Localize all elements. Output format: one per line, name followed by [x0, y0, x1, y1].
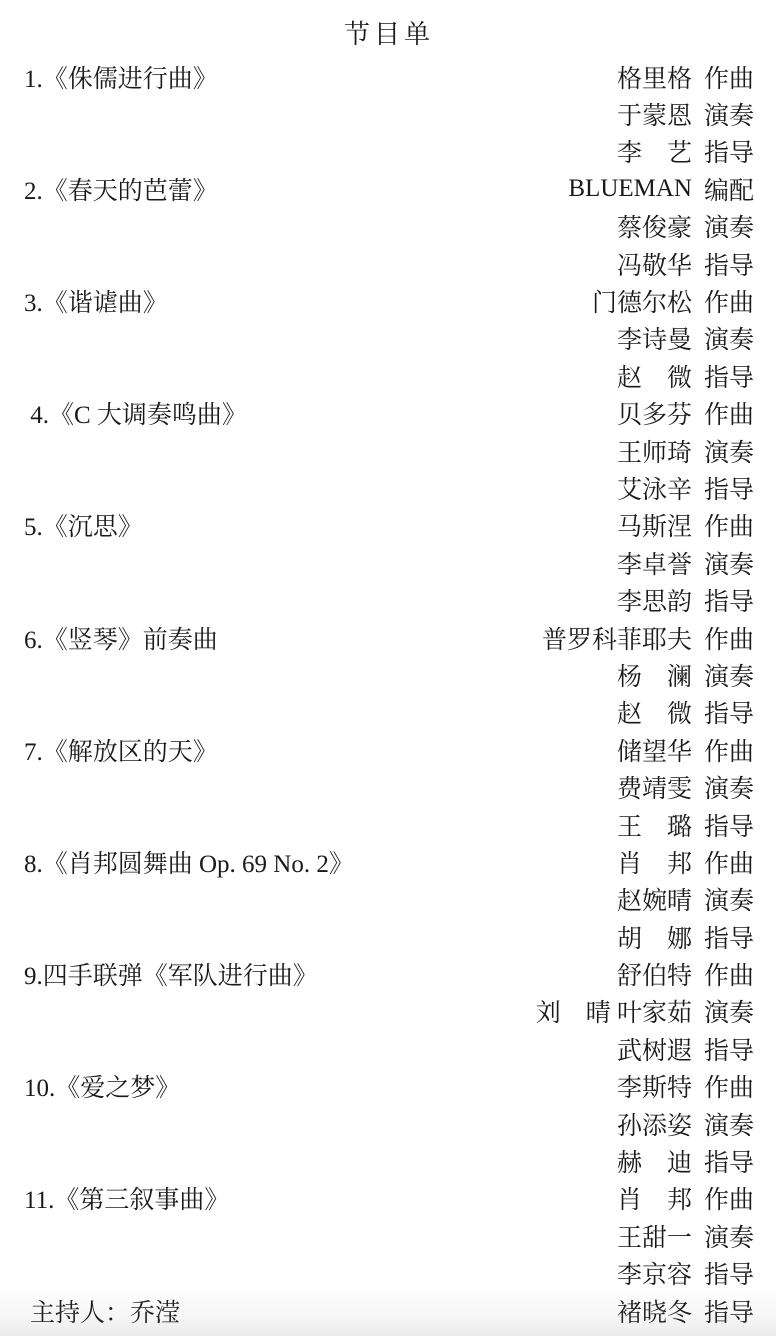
program-item: 8.《肖邦圆舞曲 Op. 69 No. 2》 肖 邦作曲 赵婉晴演奏 胡 娜指导 — [24, 843, 754, 955]
piece-title: 《爱之梦》 — [55, 1075, 180, 1102]
credit-role: 作曲 — [704, 59, 754, 95]
credit-line: 肖 邦作曲 — [617, 1180, 754, 1216]
credit-role: 指导 — [704, 1143, 754, 1179]
credit-name: 冯敬华 — [617, 246, 692, 282]
credit-line: 杨 澜演奏 — [24, 656, 754, 693]
credit-name: 艾泳辛 — [617, 470, 692, 506]
credit-line: 李 艺指导 — [24, 133, 754, 170]
credit-line: 储望华作曲 — [617, 732, 754, 768]
credit-name: 杨 澜 — [617, 657, 692, 693]
item-title-line: 1.《侏儒进行曲》 格里格作曲 — [24, 58, 754, 95]
credit-line: 胡 娜指导 — [24, 918, 754, 955]
credit-line: 李思韵指导 — [24, 581, 754, 618]
credit-role: 演奏 — [704, 993, 754, 1029]
credit-line: 赵 微指导 — [24, 694, 754, 731]
credit-line: 门德尔松作曲 — [592, 283, 754, 319]
credit-name: 赵 微 — [617, 358, 692, 394]
credit-name: 肖 邦 — [617, 844, 692, 880]
piece-title: 《第三叙事曲》 — [54, 1187, 229, 1214]
credit-name: 普罗科菲耶夫 — [542, 620, 692, 656]
credit-line: 李卓誉演奏 — [24, 544, 754, 581]
credit-name: 胡 娜 — [617, 919, 692, 955]
credit-line: 王 璐指导 — [24, 806, 754, 843]
credit-name: 王甜一 — [617, 1218, 692, 1254]
credit-name: 贝多芬 — [617, 395, 692, 431]
piece-title: 《春天的芭蕾》 — [43, 178, 218, 205]
credit-role: 指导 — [704, 358, 754, 394]
item-number: 11. — [24, 1187, 54, 1214]
credit-line: 舒伯特作曲 — [617, 956, 754, 992]
credit-role: 作曲 — [704, 732, 754, 768]
host-info: 主持人：乔滢 — [30, 1293, 180, 1329]
credit-role: 指导 — [704, 470, 754, 506]
credit-role: 演奏 — [704, 208, 754, 244]
program-page: 节目单 1.《侏儒进行曲》 格里格作曲 于蒙恩演奏 李 艺指导 2.《春天的芭蕾… — [0, 0, 776, 1336]
credit-role: 指导 — [704, 1031, 754, 1067]
credit-name: 蔡俊豪 — [617, 208, 692, 244]
credit-role: 演奏 — [704, 657, 754, 693]
credit-line: 李斯特作曲 — [617, 1068, 754, 1104]
program-item: 6.《竖琴》前奏曲 普罗科菲耶夫作曲 杨 澜演奏 赵 微指导 — [24, 619, 754, 731]
item-number: 3. — [24, 290, 43, 317]
item-title-line: 8.《肖邦圆舞曲 Op. 69 No. 2》 肖 邦作曲 — [24, 843, 754, 880]
item-title-line: 5.《沉思》 马斯涅作曲 — [24, 507, 754, 544]
credit-line: BLUEMAN编配 — [568, 171, 754, 207]
credit-role: 演奏 — [704, 320, 754, 356]
credit-name: 刘 晴 叶家茹 — [536, 993, 692, 1029]
credit-line: 冯敬华指导 — [24, 245, 754, 282]
program-item: 11.《第三叙事曲》 肖 邦作曲 王甜一演奏 李京容指导 — [24, 1180, 754, 1292]
credit-line: 刘 晴 叶家茹演奏 — [24, 993, 754, 1030]
credit-role: 演奏 — [704, 769, 754, 805]
item-title-line: 9.四手联弹《军队进行曲》 舒伯特作曲 — [24, 955, 754, 992]
credit-role: 作曲 — [704, 395, 754, 431]
credit-name: 格里格 — [617, 59, 692, 95]
credit-name: 王师琦 — [617, 433, 692, 469]
piece-title: 四手联弹《军队进行曲》 — [43, 963, 318, 990]
credit-name: 费靖雯 — [617, 769, 692, 805]
item-title-line: 10.《爱之梦》 李斯特作曲 — [24, 1068, 754, 1105]
piece-title: 《肖邦圆舞曲 Op. 69 No. 2》 — [43, 851, 354, 878]
credit-name: 赵婉晴 — [617, 881, 692, 917]
credit-name: 于蒙恩 — [617, 96, 692, 132]
credit-line: 肖 邦作曲 — [617, 844, 754, 880]
credit-line: 格里格作曲 — [617, 59, 754, 95]
host-name: 乔滢 — [130, 1300, 180, 1327]
credit-role: 作曲 — [704, 1180, 754, 1216]
item-number: 9. — [24, 963, 43, 990]
item-number: 8. — [24, 851, 43, 878]
credit-name: 门德尔松 — [592, 283, 692, 319]
piece-title: 《竖琴》前奏曲 — [43, 627, 218, 654]
item-title-line: 6.《竖琴》前奏曲 普罗科菲耶夫作曲 — [24, 619, 754, 656]
footer-line: 主持人：乔滢 褚晓冬指导 — [24, 1292, 754, 1330]
credit-line: 李京容指导 — [24, 1255, 754, 1292]
credit-line: 李诗曼演奏 — [24, 320, 754, 357]
credit-role: 演奏 — [704, 1106, 754, 1142]
credit-name: 肖 邦 — [617, 1180, 692, 1216]
credit-name: 孙添姿 — [617, 1106, 692, 1142]
credit-line: 武树遐指导 — [24, 1030, 754, 1067]
program-item: 3.《谐谑曲》 门德尔松作曲 李诗曼演奏 赵 微指导 — [24, 282, 754, 394]
credit-name: 褚晓冬 — [617, 1293, 692, 1329]
credit-role: 作曲 — [704, 283, 754, 319]
credit-role: 演奏 — [704, 881, 754, 917]
program-item: 4.《C 大调奏鸣曲》 贝多芬作曲 王师琦演奏 艾泳辛指导 — [24, 395, 754, 507]
credit-name: 舒伯特 — [617, 956, 692, 992]
credit-role: 作曲 — [704, 1068, 754, 1104]
credit-name: 李思韵 — [617, 582, 692, 618]
item-number: 2. — [24, 178, 43, 205]
piece-title: 《解放区的天》 — [43, 739, 218, 766]
credit-line: 蔡俊豪演奏 — [24, 208, 754, 245]
item-number: 10. — [24, 1075, 55, 1102]
program-item: 10.《爱之梦》 李斯特作曲 孙添姿演奏 赫 迪指导 — [24, 1068, 754, 1180]
credit-name: 王 璐 — [617, 807, 692, 843]
credit-role: 演奏 — [704, 433, 754, 469]
program-item: 9.四手联弹《军队进行曲》 舒伯特作曲 刘 晴 叶家茹演奏 武树遐指导 — [24, 955, 754, 1067]
item-number: 4. — [24, 402, 49, 429]
piece-title: 《谐谑曲》 — [43, 290, 168, 317]
credit-role: 指导 — [704, 582, 754, 618]
credit-role: 指导 — [704, 807, 754, 843]
credit-role: 作曲 — [704, 844, 754, 880]
credit-role: 指导 — [704, 694, 754, 730]
item-number: 6. — [24, 627, 43, 654]
credit-role: 演奏 — [704, 96, 754, 132]
credit-line: 贝多芬作曲 — [617, 395, 754, 431]
item-number: 1. — [24, 66, 43, 93]
program-item: 7.《解放区的天》 储望华作曲 费靖雯演奏 王 璐指导 — [24, 731, 754, 843]
credit-role: 演奏 — [704, 545, 754, 581]
credit-line: 赫 迪指导 — [24, 1142, 754, 1179]
credit-line: 王师琦演奏 — [24, 432, 754, 469]
credit-name: 李斯特 — [617, 1068, 692, 1104]
credit-name: 武树遐 — [617, 1031, 692, 1067]
credit-name: 储望华 — [617, 732, 692, 768]
credit-role: 作曲 — [704, 620, 754, 656]
credit-name: 李京容 — [617, 1255, 692, 1291]
host-label: 主持人： — [30, 1300, 130, 1327]
credit-line: 王甜一演奏 — [24, 1217, 754, 1254]
credit-line: 费靖雯演奏 — [24, 768, 754, 805]
credit-line: 马斯涅作曲 — [617, 507, 754, 543]
credit-name: 李诗曼 — [617, 320, 692, 356]
credit-name: 马斯涅 — [617, 507, 692, 543]
credit-role: 指导 — [704, 246, 754, 282]
credit-role: 指导 — [704, 1255, 754, 1291]
piece-title: 《C 大调奏鸣曲》 — [49, 402, 247, 429]
credit-role: 指导 — [704, 919, 754, 955]
page-title: 节目单 — [24, 12, 754, 58]
program-item: 5.《沉思》 马斯涅作曲 李卓誉演奏 李思韵指导 — [24, 507, 754, 619]
credit-role: 指导 — [704, 1293, 754, 1329]
item-title-line: 4.《C 大调奏鸣曲》 贝多芬作曲 — [24, 395, 754, 432]
program-item: 2.《春天的芭蕾》 BLUEMAN编配 蔡俊豪演奏 冯敬华指导 — [24, 170, 754, 282]
item-number: 7. — [24, 739, 43, 766]
piece-title: 《沉思》 — [43, 514, 143, 541]
credit-name: 赫 迪 — [617, 1143, 692, 1179]
item-number: 5. — [24, 514, 43, 541]
item-title-line: 11.《第三叙事曲》 肖 邦作曲 — [24, 1180, 754, 1217]
credit-line: 艾泳辛指导 — [24, 469, 754, 506]
credit-name: 李 艺 — [617, 133, 692, 169]
credit-role: 编配 — [704, 171, 754, 207]
credit-line: 普罗科菲耶夫作曲 — [542, 620, 754, 656]
item-title-line: 2.《春天的芭蕾》 BLUEMAN编配 — [24, 170, 754, 207]
credit-line: 赵婉晴演奏 — [24, 881, 754, 918]
credit-name: BLUEMAN — [568, 175, 692, 203]
credit-line: 孙添姿演奏 — [24, 1105, 754, 1142]
credit-role: 演奏 — [704, 1218, 754, 1254]
item-title-line: 7.《解放区的天》 储望华作曲 — [24, 731, 754, 768]
credit-line: 赵 微指导 — [24, 357, 754, 394]
program-item: 1.《侏儒进行曲》 格里格作曲 于蒙恩演奏 李 艺指导 — [24, 58, 754, 170]
piece-title: 《侏儒进行曲》 — [43, 66, 218, 93]
credit-role: 作曲 — [704, 956, 754, 992]
credit-name: 赵 微 — [617, 694, 692, 730]
credit-role: 作曲 — [704, 507, 754, 543]
item-title-line: 3.《谐谑曲》 门德尔松作曲 — [24, 282, 754, 319]
credit-role: 指导 — [704, 133, 754, 169]
credit-line: 于蒙恩演奏 — [24, 95, 754, 132]
credit-line: 褚晓冬指导 — [617, 1293, 754, 1329]
credit-name: 李卓誉 — [617, 545, 692, 581]
